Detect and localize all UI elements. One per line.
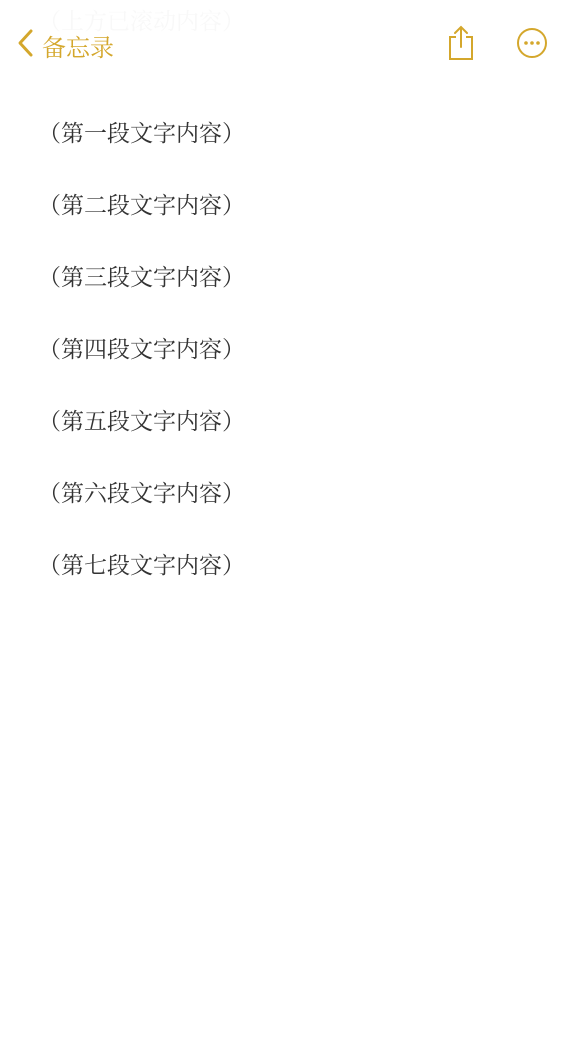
note-paragraph: （第六段文字内容） bbox=[38, 472, 550, 516]
note-paragraph: （第一段文字内容） bbox=[38, 112, 550, 156]
note-paragraph: （第七段文字内容） bbox=[38, 544, 550, 588]
navigation-bar: 备忘录 bbox=[0, 0, 580, 90]
back-label: 备忘录 bbox=[42, 28, 114, 63]
note-body[interactable]: （第一段文字内容） （第二段文字内容） （第三段文字内容） （第四段文字内容） … bbox=[38, 112, 550, 616]
note-paragraph: （第三段文字内容） bbox=[38, 256, 550, 300]
back-button[interactable]: 备忘录 bbox=[16, 28, 114, 63]
share-icon[interactable] bbox=[446, 25, 476, 65]
note-paragraph: （第四段文字内容） bbox=[38, 328, 550, 372]
note-paragraph: （第二段文字内容） bbox=[38, 184, 550, 228]
chevron-left-icon bbox=[16, 28, 34, 62]
note-paragraph: （第五段文字内容） bbox=[38, 400, 550, 444]
more-icon[interactable] bbox=[516, 27, 548, 63]
